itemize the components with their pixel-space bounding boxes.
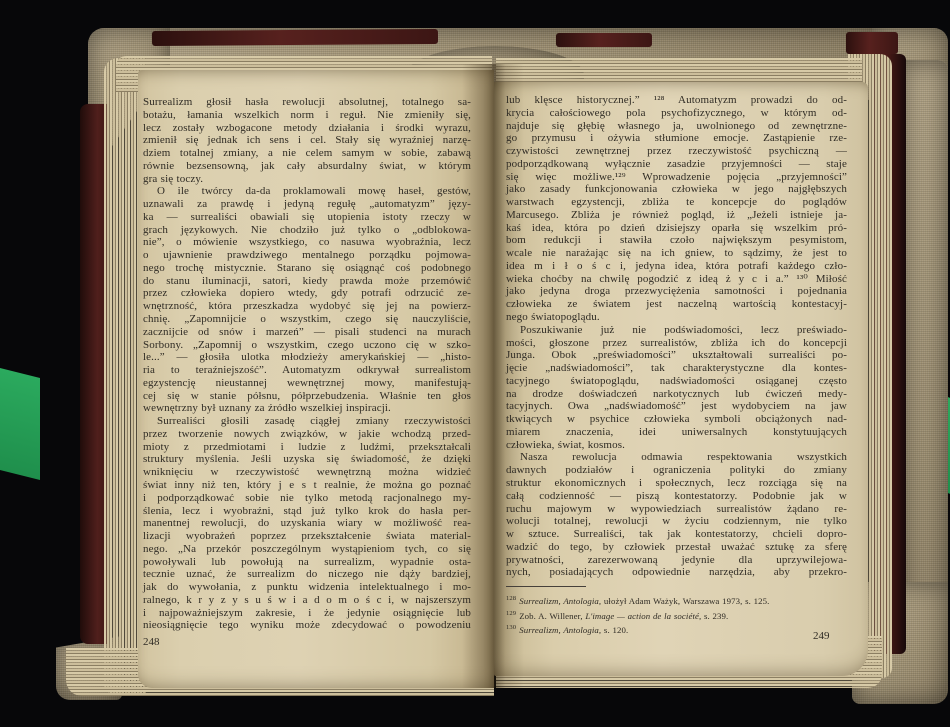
text-line: przez tworzenie nowych związków, w jakie… <box>143 428 471 441</box>
text-line: lecz zostały wzbogacone metody działania… <box>143 122 471 135</box>
text-line: ria to teraźniejszość”. Automatyzm odkry… <box>143 364 471 377</box>
text-line: egzystencję nieustannej wewnętrznej mowy… <box>143 377 471 390</box>
text-line: Surrealizm głosił hasła rewolucji absolu… <box>143 96 471 109</box>
text-line: człowieka, świat, kosmos. <box>506 439 847 452</box>
text-line: ruchu majowym w wypowiedziach surrealist… <box>506 503 847 516</box>
green-strap-left <box>0 366 40 480</box>
footnote-text: Surrealizm, Antologia, <box>519 596 601 606</box>
text-line: wadzić do tego, by człowiek przestał uwa… <box>506 541 847 554</box>
text-line: tkwiących w psychice człowieka symboli o… <box>506 413 847 426</box>
footnote: 128Surrealizm, Antologia, ułożył Adam Wa… <box>506 593 850 608</box>
text-line: kaś idea, która po dzień dzisiejszy opar… <box>506 222 847 235</box>
text-line: nego trochę mistycznie. Starano się osią… <box>143 262 471 275</box>
text-line: w sztuce. Surrealiści, tak jak kontestat… <box>506 528 847 541</box>
text-line: Poszukiwanie już nie podświadomości, lec… <box>506 324 847 337</box>
text-line: struktur ekonomicznych i społecznych, le… <box>506 477 847 490</box>
text-line: ślenia, lecz i wyobraźni, stąd już tylko… <box>143 505 471 518</box>
text-line: Nasza rewolucja odmawia respektowania ws… <box>506 451 847 464</box>
footnote-text: s. 239. <box>701 611 728 621</box>
text-line: wolucji totalnej, rewolucji w życiu codz… <box>506 515 847 528</box>
text-line: świat inny niż ten, który j e s t realni… <box>143 479 471 492</box>
text-line: uznawali za prawdę i jedyną regułę „auto… <box>143 198 471 211</box>
text-line: botażu, łamania wszelkich norm i reguł. … <box>143 109 471 122</box>
text-line: Sorbony. „Zapomnij o wszystkim, czego uc… <box>143 339 471 352</box>
text-line: czywistości zewnętrznej przez rzeczywist… <box>506 145 847 158</box>
text-line: grach językowych. Nie chodziło już tylko… <box>143 224 471 237</box>
text-line: jako zasady funkcjonowania człowieka w j… <box>506 183 847 196</box>
text-line: jako jedyna droga przezwyciężenia samotn… <box>506 285 847 298</box>
text-line: mości, głoszone przez surrealistów, zbli… <box>506 337 847 350</box>
text-line: lizacji wyobrażeń poprzez przekształceni… <box>143 530 471 543</box>
footnote-text: Surrealizm, Antologia, <box>519 625 601 635</box>
text-line: nego światopoglądu. <box>506 311 847 324</box>
text-line: Junga. Obok „preświadomości” ukształtowa… <box>506 349 847 362</box>
footnote-text: ułożył Adam Ważyk, Warszawa 1973, s. 125… <box>601 596 769 606</box>
text-line: jęcie „nadświadomości”, tak charakteryst… <box>506 362 847 375</box>
text-line: podporządkowaną wyłącznie zasadzie przyj… <box>506 158 847 171</box>
footnote-rule <box>506 586 586 587</box>
text-line: o ujawnienie prawdziwego mentalnego porz… <box>143 249 471 262</box>
text-line: zacznijcie od snów i marzeń” — pisali st… <box>143 326 471 339</box>
footnote-text: Zob. A. Willener, <box>519 611 585 621</box>
text-line: tacyjnych. Owa „nadświadomość” jest wydo… <box>506 400 847 413</box>
footnote: 130Surrealizm, Antologia, s. 120. <box>506 622 850 637</box>
leather-trim-top <box>846 32 898 54</box>
page-number-right: 249 <box>813 630 830 642</box>
book-photo: Surrealizm głosił hasła rewolucji absolu… <box>0 0 950 727</box>
text-line: powoływali lub powołują na surrealizm, w… <box>143 556 471 569</box>
text-line: Surrealiści głosili zasadę ciągłej zmian… <box>143 415 471 428</box>
page-number-left: 248 <box>143 636 160 648</box>
text-line: najduje się głębię własnego ja, uwolnion… <box>506 120 847 133</box>
text-line: idea m i ł o ś c i, jedyna idea, która p… <box>506 260 847 273</box>
text-line: wieka choćby na chwilę pogodzić z ideą ż… <box>506 273 847 286</box>
footnote-number: 130 <box>506 624 516 631</box>
text-line: tecznie uznać, że surrealizm do niczego … <box>143 568 471 581</box>
text-line: le...” — głosiła ulotka młodzieży ameryk… <box>143 351 471 364</box>
text-line: bom redukcji i stawiła czoło największym… <box>506 234 847 247</box>
text-line: prywatności, zarezerwowaną jedynie dla u… <box>506 554 847 567</box>
footnote-text: L'image — action de la société, <box>585 611 701 621</box>
leather-trim-top <box>556 33 652 47</box>
text-line: jak do wywołania, z punktu widzenia inte… <box>143 581 471 594</box>
text-line: wcale nie narażając się na ich gniew, to… <box>506 247 847 260</box>
text-line: warstwach egzystencji, zbliża te koncepc… <box>506 196 847 209</box>
text-line: dziem totalnej zmiany, a nie celem samym… <box>143 147 471 160</box>
text-line: nych, posiadających odpowiednie narzędzi… <box>506 566 847 579</box>
text-line: się więc możliwe.¹²⁹ Wprowadzenie pojęci… <box>506 171 847 184</box>
text-line: manentnej rewolucji, do uzyskania wiary … <box>143 517 471 530</box>
footnotes: 128Surrealizm, Antologia, ułożył Adam Wa… <box>506 593 850 637</box>
leather-trim-top <box>152 29 438 46</box>
text-line: człowieka ze światem jest naczelną warto… <box>506 298 847 311</box>
text-line: cej się w stanie półsnu, półprzebudzenia… <box>143 390 471 403</box>
text-line: lub klęsce historycznej.” ¹²⁸ Automatyzm… <box>506 94 847 107</box>
text-line: na drodze doświadczeń narkotycznych lub … <box>506 388 847 401</box>
text-line: dawnych podziałów i ograniczenia polityk… <box>506 464 847 477</box>
text-line: równie bezsensowną, jak cały absurdalny … <box>143 160 471 173</box>
text-line: wnętrzność, która przeszkadza wydobyć si… <box>143 300 471 313</box>
text-line: tacyjnego światopoglądu, nadświadomości … <box>506 375 847 388</box>
text-line: przez człowieka dopiero wtedy, gdy potra… <box>143 287 471 300</box>
text-line: Marcusego. Zbliża je również pogląd, iż … <box>506 209 847 222</box>
text-line: nego. „Na przekór poszczególnym wystąpie… <box>143 543 471 556</box>
footnote-number: 129 <box>506 610 516 617</box>
text-line: i najpoważniejszym zakresie, i że jedyni… <box>143 607 471 620</box>
text-line: go przymusu i ożywia stłumione emocje. Z… <box>506 132 847 145</box>
text-line: krycia całościowego pola psychofizyczneg… <box>506 107 847 120</box>
text-line: i podporządkować sobie nie tylko metodą … <box>143 492 471 505</box>
text-line: gra się toczy. <box>143 173 471 186</box>
text-line: miarem znaczenia, idei uniwersalnych kon… <box>506 426 847 439</box>
text-line: nie”, o mówienie wszystkiego, co nasuwa … <box>143 236 471 249</box>
right-page-text: lub klęsce historycznej.” ¹²⁸ Automatyzm… <box>506 94 847 579</box>
text-line: wniknięciu w rzeczywistość wewnętrzną mo… <box>143 466 471 479</box>
text-line: O ile twórcy da-da proklamowali mowę has… <box>143 185 471 198</box>
text-line: nieosiągnięcie tego wyniku może zdecydow… <box>143 619 471 632</box>
text-line: ralnego, k r y z y s u ś w i a d o m o ś… <box>143 594 471 607</box>
text-line: całą codzienność — piszą kontestatorzy. … <box>506 490 847 503</box>
footnote-number: 128 <box>506 595 516 602</box>
footnote-text: s. 120. <box>601 625 628 635</box>
text-line: zmienił się jednak ich sens i cel. Stały… <box>143 134 471 147</box>
text-line: chnię. „Zapomnijcie o wszystkim, czego s… <box>143 313 471 326</box>
footnote: 129Zob. A. Willener, L'image — action de… <box>506 608 850 623</box>
text-line: wewnętrzny był uznany za źródło wszelkie… <box>143 402 471 415</box>
text-line: ka — surrealiści obawiali się utopienia … <box>143 211 471 224</box>
left-page-text: Surrealizm głosił hasła rewolucji absolu… <box>143 96 471 632</box>
text-line: struktury myślenia. Jeśli uzyska się świ… <box>143 453 471 466</box>
text-line: mioty z przedmiotami i ludzie z ludźmi, … <box>143 441 471 454</box>
text-line: do stanu iluminacji, satori, kiedy prawd… <box>143 275 471 288</box>
